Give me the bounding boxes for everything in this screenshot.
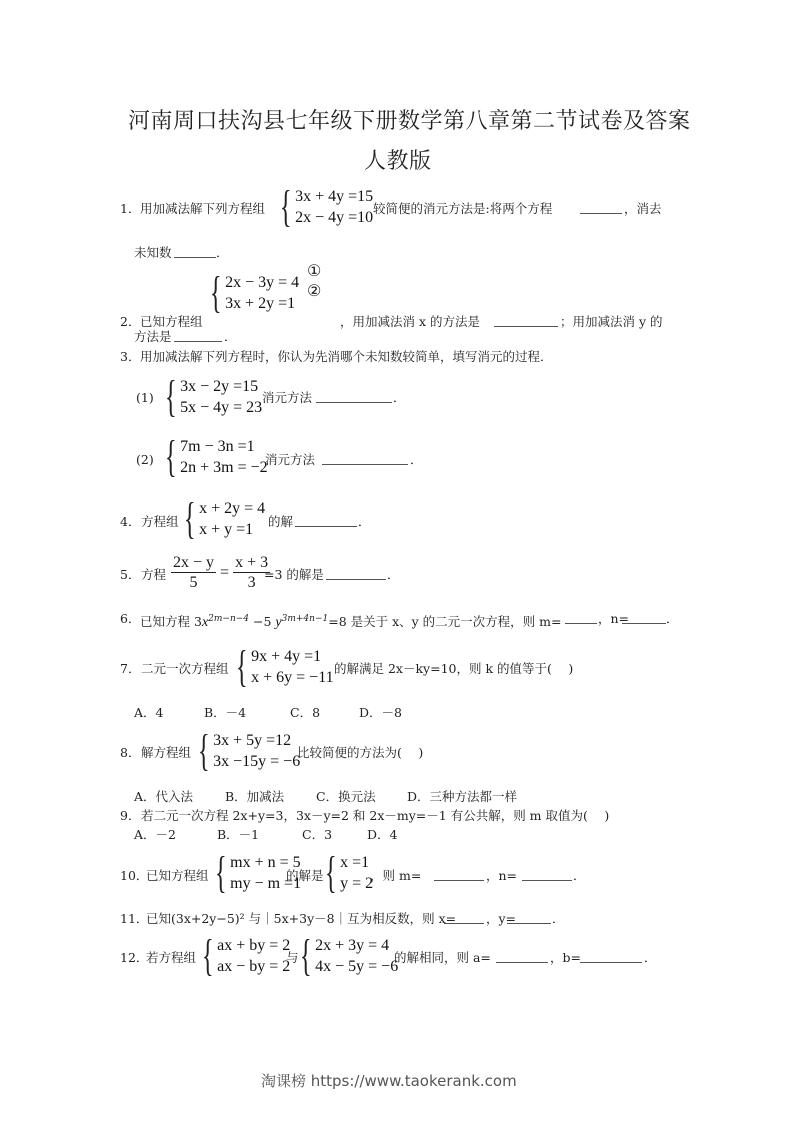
answer-blank[interactable] <box>494 314 558 327</box>
option-c[interactable]: C．换元法 <box>316 789 376 805</box>
option-a[interactable]: A．－2 <box>134 827 176 843</box>
equation: x + 2y = 4 <box>199 498 265 519</box>
question-text: 用加减法解下列方程时，你认为先消哪个未知数较简单，填写消元的过程． <box>140 349 553 365</box>
answer-blank[interactable] <box>174 329 222 342</box>
question-text: 比较简便的方法为( ) <box>297 745 423 761</box>
equation: ax − by = 2 <box>217 956 290 977</box>
question-text: 与 <box>286 950 299 966</box>
equation: y = 2 <box>340 873 373 894</box>
equation: 3x + 4y =15 <box>295 186 373 207</box>
question-end: ． <box>552 911 565 927</box>
equation-system: { ax + by = 2 ax − by = 2 <box>202 935 290 977</box>
equation-system: { 2x + 3y = 4 4x − 5y = −6 <box>300 935 398 977</box>
question-number: 3． <box>120 349 140 365</box>
answer-blank[interactable] <box>295 514 357 527</box>
marker-2: ② <box>307 282 321 300</box>
question-text: 方程 <box>141 567 166 583</box>
answer-blank[interactable] <box>316 390 392 403</box>
question-end: ． <box>224 329 237 345</box>
question-text: 已知方程组 <box>140 314 203 330</box>
option-d[interactable]: D．4 <box>367 827 397 843</box>
equation: x =1 <box>340 852 373 873</box>
question-end: ． <box>410 452 423 468</box>
question-text: ，用加减法消 x 的方法是 <box>340 314 480 330</box>
question-number: 6． <box>120 611 140 627</box>
equation: 2x − 3y = 4 <box>225 272 299 293</box>
equation: 2x − 4y =10 <box>295 207 373 228</box>
question-text: ，则 m= <box>370 868 421 884</box>
answer-blank[interactable] <box>496 950 548 963</box>
option-c[interactable]: C．3 <box>302 827 332 843</box>
equation: x + y =1 <box>199 519 265 540</box>
brace-icon: { <box>236 647 248 687</box>
question-end: ． <box>393 390 406 406</box>
question-end: ． <box>666 611 679 627</box>
answer-blank[interactable] <box>580 950 642 963</box>
brace-icon: { <box>300 936 312 976</box>
option-b[interactable]: B．加减法 <box>225 789 284 805</box>
question-number: 10． <box>120 868 148 884</box>
question-number: 8． <box>120 745 140 761</box>
equation: 3x + 2y =1 <box>225 293 299 314</box>
question-end: ． <box>573 868 586 884</box>
part-label: (2) <box>136 452 154 468</box>
part-label: (1) <box>136 390 154 406</box>
equation-system: { 9x + 4y =1 x + 6y = −11 <box>236 646 334 688</box>
equation: 7m − 3n =1 <box>180 436 268 457</box>
answer-blank[interactable] <box>580 201 622 214</box>
question-number: 4． <box>120 514 140 530</box>
answer-blank[interactable] <box>444 911 484 924</box>
question-end: ． <box>644 950 657 966</box>
question-end: ． <box>387 567 400 583</box>
answer-blank[interactable] <box>326 567 386 580</box>
question-text: ，消去 <box>624 201 662 217</box>
question-text: 解方程组 <box>141 745 191 761</box>
question-text: ；用加减法消 y 的 <box>560 314 663 330</box>
equation-system: { 3x + 4y =15 2x − 4y =10 <box>280 186 373 228</box>
question-end: ． <box>358 514 371 530</box>
answer-blank[interactable] <box>434 868 484 881</box>
question-end: ． <box>216 245 229 261</box>
document-subtitle: 人教版 <box>364 144 432 175</box>
answer-blank[interactable] <box>322 452 408 465</box>
answer-blank[interactable] <box>522 868 572 881</box>
question-text: ，b= <box>550 950 581 966</box>
question-number: 5． <box>120 567 140 583</box>
brace-icon: { <box>215 853 227 893</box>
question-text: 消元方法 <box>262 390 312 406</box>
equation: 4x − 5y = −6 <box>315 956 398 977</box>
equation-system: { x + 2y = 4 x + y =1 <box>184 498 265 540</box>
answer-blank[interactable] <box>507 911 551 924</box>
question-text: =3 的解是 <box>264 567 324 583</box>
equation-system: { 3x − 2y =15 5x − 4y = 23 <box>165 376 262 418</box>
answer-blank[interactable] <box>174 245 216 258</box>
option-a[interactable]: A．4 <box>134 705 163 721</box>
equation: 2n + 3m = −2 <box>180 457 268 478</box>
question-text: 消元方法 <box>265 452 315 468</box>
question-number: 1． <box>120 201 140 217</box>
equation: x + 6y = −11 <box>251 667 333 688</box>
question-text: 的解是 <box>286 868 324 884</box>
brace-icon: { <box>280 187 292 227</box>
question-text: 未知数 <box>134 245 172 261</box>
fraction: 2x − y 5 <box>171 553 216 593</box>
brace-icon: { <box>210 273 222 313</box>
question-text: 若方程组 <box>146 950 196 966</box>
question-text: 较简便的消元方法是:将两个方程 <box>373 201 552 217</box>
document-title: 河南周口扶沟县七年级下册数学第八章第二节试卷及答案 <box>128 104 691 135</box>
footer-watermark: 淘课榜 https://www.taokerank.com <box>261 1070 517 1091</box>
brace-icon: { <box>198 731 210 771</box>
option-a[interactable]: A．代入法 <box>134 789 193 805</box>
question-text: 若二元一次方程 2x+y=3，3x－y=2 和 2x－my=－1 有公共解，则 … <box>141 808 609 824</box>
brace-icon: { <box>202 936 214 976</box>
question-text: 的解相同，则 a= <box>394 950 491 966</box>
question-text: 用加减法解下列方程组 <box>140 201 265 217</box>
question-number: 7． <box>120 661 140 677</box>
equation-system: { 3x + 5y =12 3x −15y = −6 <box>198 730 300 772</box>
brace-icon: { <box>165 377 177 417</box>
marker-1: ① <box>307 262 321 280</box>
question-text: 的解 <box>268 514 293 530</box>
equation: ax + by = 2 <box>217 935 290 956</box>
question-text: 已知方程组 <box>146 868 209 884</box>
equation: 3x + 5y =12 <box>213 730 300 751</box>
option-d[interactable]: D．－8 <box>359 705 402 721</box>
equation: 3x −15y = −6 <box>213 751 300 772</box>
equation: 2x + 3y = 4 <box>315 935 398 956</box>
brace-icon: { <box>165 437 177 477</box>
question-number: 12． <box>120 950 148 966</box>
option-c[interactable]: C．8 <box>290 705 320 721</box>
answer-blank[interactable] <box>565 611 597 624</box>
question-text: 已知(3x+2y−5)² 与｜5x+3y－8｜互为相反数，则 x= <box>146 911 456 927</box>
brace-icon: { <box>184 499 196 539</box>
solution-system: { x =1 y = 2 <box>325 852 373 894</box>
equation: 5x − 4y = 23 <box>180 397 262 418</box>
answer-blank[interactable] <box>622 611 666 624</box>
equation-system: { 7m − 3n =1 2n + 3m = −2 <box>165 436 268 478</box>
equation-system: { 2x − 3y = 4 3x + 2y =1 <box>210 272 299 314</box>
question-number: 2． <box>120 314 140 330</box>
option-b[interactable]: B．－1 <box>217 827 259 843</box>
question-text: 方程组 <box>141 514 179 530</box>
question-number: 9． <box>120 808 140 824</box>
option-b[interactable]: B．－4 <box>204 705 246 721</box>
question-text: 方法是 <box>134 329 172 345</box>
equation-fraction: 2x − y 5 = x + 3 3 <box>171 553 270 593</box>
equation: 9x + 4y =1 <box>251 646 333 667</box>
question-text: 已知方程 3x2m−n−4 −5 y3m+4n−1=8 是关于 x、y 的二元一… <box>140 611 561 633</box>
question-text: 二元一次方程组 <box>141 661 229 677</box>
option-d[interactable]: D．三种方法都一样 <box>407 789 517 805</box>
question-number: 11． <box>120 911 148 927</box>
equation: 3x − 2y =15 <box>180 376 262 397</box>
brace-icon: { <box>325 853 337 893</box>
question-text: 的解满足 2x－ky=10，则 k 的值等于( ) <box>334 661 573 677</box>
question-text: ，n= <box>486 868 517 884</box>
